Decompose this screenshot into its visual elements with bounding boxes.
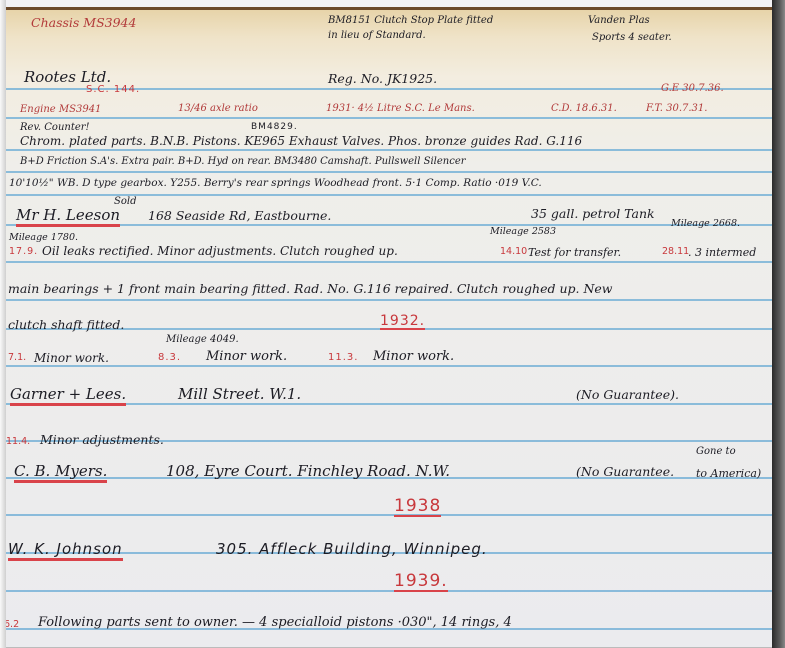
no-guarantee-note: (No Guarantee. xyxy=(576,466,674,479)
service-date: 28.11 xyxy=(662,247,689,257)
service-date: 17.9. xyxy=(9,247,38,257)
service-date: 11.4. xyxy=(6,437,30,447)
service-text: Following parts sent to owner. — 4 speci… xyxy=(38,616,512,629)
ruled-line xyxy=(6,261,772,263)
ruled-line xyxy=(6,171,772,173)
model-description: 1931· 4½ Litre S.C. Le Mans. xyxy=(326,104,475,114)
service-text: Test for transfer. xyxy=(528,247,621,258)
service-text: Minor work. xyxy=(34,352,109,364)
mileage-2: Mileage 2583 xyxy=(490,227,556,237)
owner-name-myers: C. B. Myers. xyxy=(14,464,107,483)
cd-date: C.D. 18.6.31. xyxy=(551,104,617,114)
no-guarantee-note: (No Guarantee). xyxy=(576,389,679,402)
owner-address-johnson: 305. Affleck Building, Winnipeg. xyxy=(216,542,488,557)
ruled-line xyxy=(6,514,772,516)
body-line2: Sports 4 seater. xyxy=(592,33,672,43)
ruled-line xyxy=(6,299,772,301)
photo-right-edge xyxy=(772,0,785,648)
year-heading-1932: 1932. xyxy=(380,314,425,330)
mileage-3: Mileage 2668. xyxy=(671,219,740,229)
owner-name-leeson: Mr H. Leeson xyxy=(16,208,120,227)
service-date: 14.10 xyxy=(500,247,527,257)
rev-counter-note: Rev. Counter! xyxy=(20,123,90,133)
service-date: 7.1. xyxy=(8,353,26,363)
body-line1: Vanden Plas xyxy=(588,16,650,26)
spec-line-wheelbase: 10'10½" WB. D type gearbox. Y255. Berry'… xyxy=(9,178,542,189)
service-text: Oil leaks rectified. Minor adjustments. … xyxy=(42,245,398,257)
service-date: 6.2 xyxy=(6,620,19,630)
owner-address-leeson: 168 Seaside Rd, Eastbourne. xyxy=(148,210,331,223)
gone-to-note: Gone to xyxy=(696,447,736,457)
record-card: Chassis MS3944 BM8151 Clutch Stop Plate … xyxy=(6,7,772,648)
service-text: Minor adjustments. xyxy=(40,434,164,447)
owner-address-garner-lees: Mill Street. W.1. xyxy=(178,387,301,402)
ruled-line xyxy=(6,149,772,151)
ruled-line xyxy=(6,224,772,226)
service-text: main bearings + 1 front main bearing fit… xyxy=(8,283,613,296)
clutch-note-line2: in lieu of Standard. xyxy=(328,31,426,41)
ft-date: F.T. 30.7.31. xyxy=(646,104,707,114)
year-heading-1938: 1938 xyxy=(394,498,441,517)
ruled-line xyxy=(6,590,772,592)
petrol-tank-note: 35 gall. petrol Tank xyxy=(531,208,655,221)
service-text: Minor work. xyxy=(373,350,454,363)
sc-number: S.C. 144. xyxy=(86,85,140,95)
ruled-line xyxy=(6,365,772,367)
registration-number: Reg. No. JK1925. xyxy=(328,73,437,86)
owner-address-myers: 108, Eyre Court. Finchley Road. N.W. xyxy=(166,464,450,479)
spec-line-friction: B+D Friction S.A's. Extra pair. B+D. Hyd… xyxy=(20,157,466,167)
service-date: 8.3. xyxy=(158,353,181,363)
year-heading-1939: 1939. xyxy=(394,573,448,592)
first-owner: Rootes Ltd. xyxy=(24,70,111,85)
ge-date: G.E 30.7.36. xyxy=(661,84,724,94)
sold-note: Sold xyxy=(114,197,136,207)
spec-line-parts: Chrom. plated parts. B.N.B. Pistons. KE9… xyxy=(20,135,582,147)
service-text: . 3 intermed xyxy=(688,247,756,258)
owner-name-johnson: W. K. Johnson xyxy=(8,542,123,561)
chassis-number: Chassis MS3944 xyxy=(31,17,136,30)
service-text: clutch shaft fitted. xyxy=(8,319,124,332)
service-date: 11.3. xyxy=(328,353,358,363)
america-note: to America) xyxy=(696,468,761,479)
axle-ratio: 13/46 axle ratio xyxy=(178,104,258,114)
mileage-1: Mileage 1780. xyxy=(9,233,78,243)
ruled-line xyxy=(6,117,772,119)
bm-part-number: BM4829. xyxy=(251,123,298,132)
owner-name-garner-lees: Garner + Lees. xyxy=(10,387,126,406)
service-text: Minor work. xyxy=(206,350,287,363)
mileage-4049: Mileage 4049. xyxy=(166,335,239,345)
engine-number: Engine MS3941 xyxy=(20,105,101,115)
clutch-note-line1: BM8151 Clutch Stop Plate fitted xyxy=(328,16,493,26)
